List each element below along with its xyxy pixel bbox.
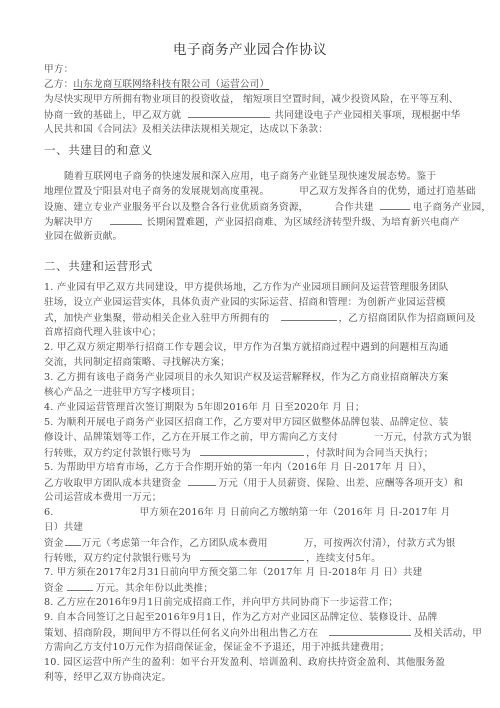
paragraph-line: 日）共建 <box>44 521 83 534</box>
preamble-line: 协商一致的基础上，甲乙双方就 共同建设电子产业园相关事项，现根据中华 <box>44 108 460 122</box>
paragraph-line: 交流，共同制定招商策略、寻找解决方案； <box>44 356 230 369</box>
paragraph-line: 方需向乙方支付10万元作为招商保证金，保证金不予退还，用于冲抵共建费用； <box>44 641 390 654</box>
section-heading: 二、共建和运营形式 <box>44 258 153 274</box>
party-b-line: 乙方：山东龙商互联网络科技有限公司（运营公司） <box>44 78 269 91</box>
paragraph-line: 业园在做新贡献。 <box>44 230 122 243</box>
paragraph-line: 地理位置及宁阳县对电子商务的发展规划高度重视。甲乙双方发挥各自的优势，通过打造基… <box>44 185 476 198</box>
party-a-line: 甲方： <box>44 63 73 76</box>
paragraph-line: 4. 产业园运营管理首次签订期限为 5年即2016年 月 日至2020年 月 日… <box>44 401 365 414</box>
document-page: 电子商务产业园合作协议 甲方： 乙方：山东龙商互联网络科技有限公司（运营公司） … <box>0 0 500 708</box>
bank-account-blank <box>200 551 304 561</box>
party-b-label: 乙方： <box>44 79 73 90</box>
paragraph-line: 修设计、品牌策划等工作，乙方在开展工作之前，甲方需向乙方支付一万元，付款方式为银 <box>44 431 472 444</box>
paragraph-line: 首席招商代理入驻该中心； <box>44 326 162 339</box>
paragraph-line: 行转账，双方约定付款银行账号为 ，付款时间为合同当天执行； <box>44 446 433 460</box>
paragraph-line: 1. 产业园有甲乙双方共同建设，甲方提供场地，乙方作为产业园项目顾问及运营管理服… <box>44 281 449 294</box>
paragraph-line: 8. 乙方应在2016年9月1日前完成招商工作，并向甲方共同协商下一步运营工作； <box>44 596 398 609</box>
paragraph-line: 10. 园区运营中所产生的盈利：如平台开发盈利、培训盈利、政府扶持资金盈利、其他… <box>44 656 445 669</box>
blank-field <box>65 536 81 546</box>
party-a-label: 甲方： <box>44 64 73 75</box>
paragraph-line: 9. 自本合同签订之日起至2016年9月1日，作为乙方对产业园区品牌定位、装修设… <box>44 611 437 624</box>
party-b-name: 山东龙商互联网络科技有限公司（运营公司） <box>73 79 269 90</box>
paragraph-line: 6.甲方须在2016年 月 日前向乙方缴纳第一年（2016年 月 日-2017年… <box>44 506 450 519</box>
document-title: 电子商务产业园合作协议 <box>0 38 500 58</box>
paragraph-line: 行转账，双方约定付款银行账号为 ，连续支付5年。 <box>44 551 381 565</box>
paragraph-line: 核心产品之一进驻甲方写字楼项目； <box>44 386 201 399</box>
paragraph-line: 为解决甲方 长期闲置难题，产业园招商难、为区域经济转型升级、为培育新兴电商产 <box>44 215 460 229</box>
blank-field <box>380 200 410 210</box>
paragraph-line: 资金万元。其余年份以此类推； <box>44 581 213 595</box>
paragraph-line: 随着互联网电子商务的快速发展和深入应用，电子商务产业链呈现快速发展态势。鉴于 <box>64 170 436 183</box>
bank-account-blank <box>200 446 304 456</box>
paragraph-line: 利等，经甲乙双方协商决定。 <box>44 671 171 684</box>
paragraph-line: 策划、招商阶段，期间甲方不得以任何名义向外出租出售乙方在 及相关活动，甲 <box>44 626 482 640</box>
paragraph-line: 驻场，设立产业园运营实体，具体负责产业园的实际运营、招商和管理：为创新产业园运营… <box>44 296 446 309</box>
paragraph-line: 5. 为帮助甲方培育市场，乙方于合作期开始的第一年内（2016年 月 日-201… <box>44 461 432 474</box>
paragraph-line: 2. 甲乙双方须定期举行招商工作专题会议，甲方作为召集方就招商过程中遇到的问题相… <box>44 341 449 354</box>
paragraph-line: 5. 为顺利开展电子商务产业园区招商工作，乙方要对甲方园区做整体品牌包装、品牌定… <box>44 416 449 429</box>
blank-field <box>281 311 337 321</box>
paragraph-line: 公司运营成本费用一万元； <box>44 491 162 504</box>
section-heading: 一、共建目的和意义 <box>44 142 153 158</box>
blank-field <box>188 108 270 118</box>
preamble-line: 为尽快实现甲方所拥有物业项目的投资收益， 缩短项目空置时间，减少投资风险，在平等… <box>44 93 459 106</box>
blank-field <box>188 476 216 486</box>
paragraph-line: 3. 乙方拥有该电子商务产业园项目的永久知识产权及运营解释权，作为乙方商业招商解… <box>44 371 449 384</box>
paragraph-line: 乙方收取甲方团队成本共建资金 万元（用于人员薪资、保险、出差、应酬等各项开支）和 <box>44 476 463 490</box>
blank-field <box>67 581 93 591</box>
paragraph-line: 资金万元（考虑第一年合作，乙方团队成本费用万，可按两次付清），付款方式为银 <box>44 536 456 550</box>
paragraph-line: 7. 甲方须在2017年2月31日前向甲方预交第二年（2017年 月 日-201… <box>44 566 422 579</box>
paragraph-line: 设施、建立专业产业服务平台以及整合各行业优质商务资源，合作共建 电子商务产业园， <box>44 200 491 214</box>
paragraph-line: 式，加快产业集聚，带动相关企业入驻甲方所拥有的 ，乙方招商团队作为招商顾问及 <box>44 311 476 325</box>
blank-field <box>329 626 411 636</box>
blank-field <box>110 215 142 225</box>
preamble-line: 人民共和国《合同法》及相关法律法规相关规定，达成以下条款： <box>44 123 328 136</box>
